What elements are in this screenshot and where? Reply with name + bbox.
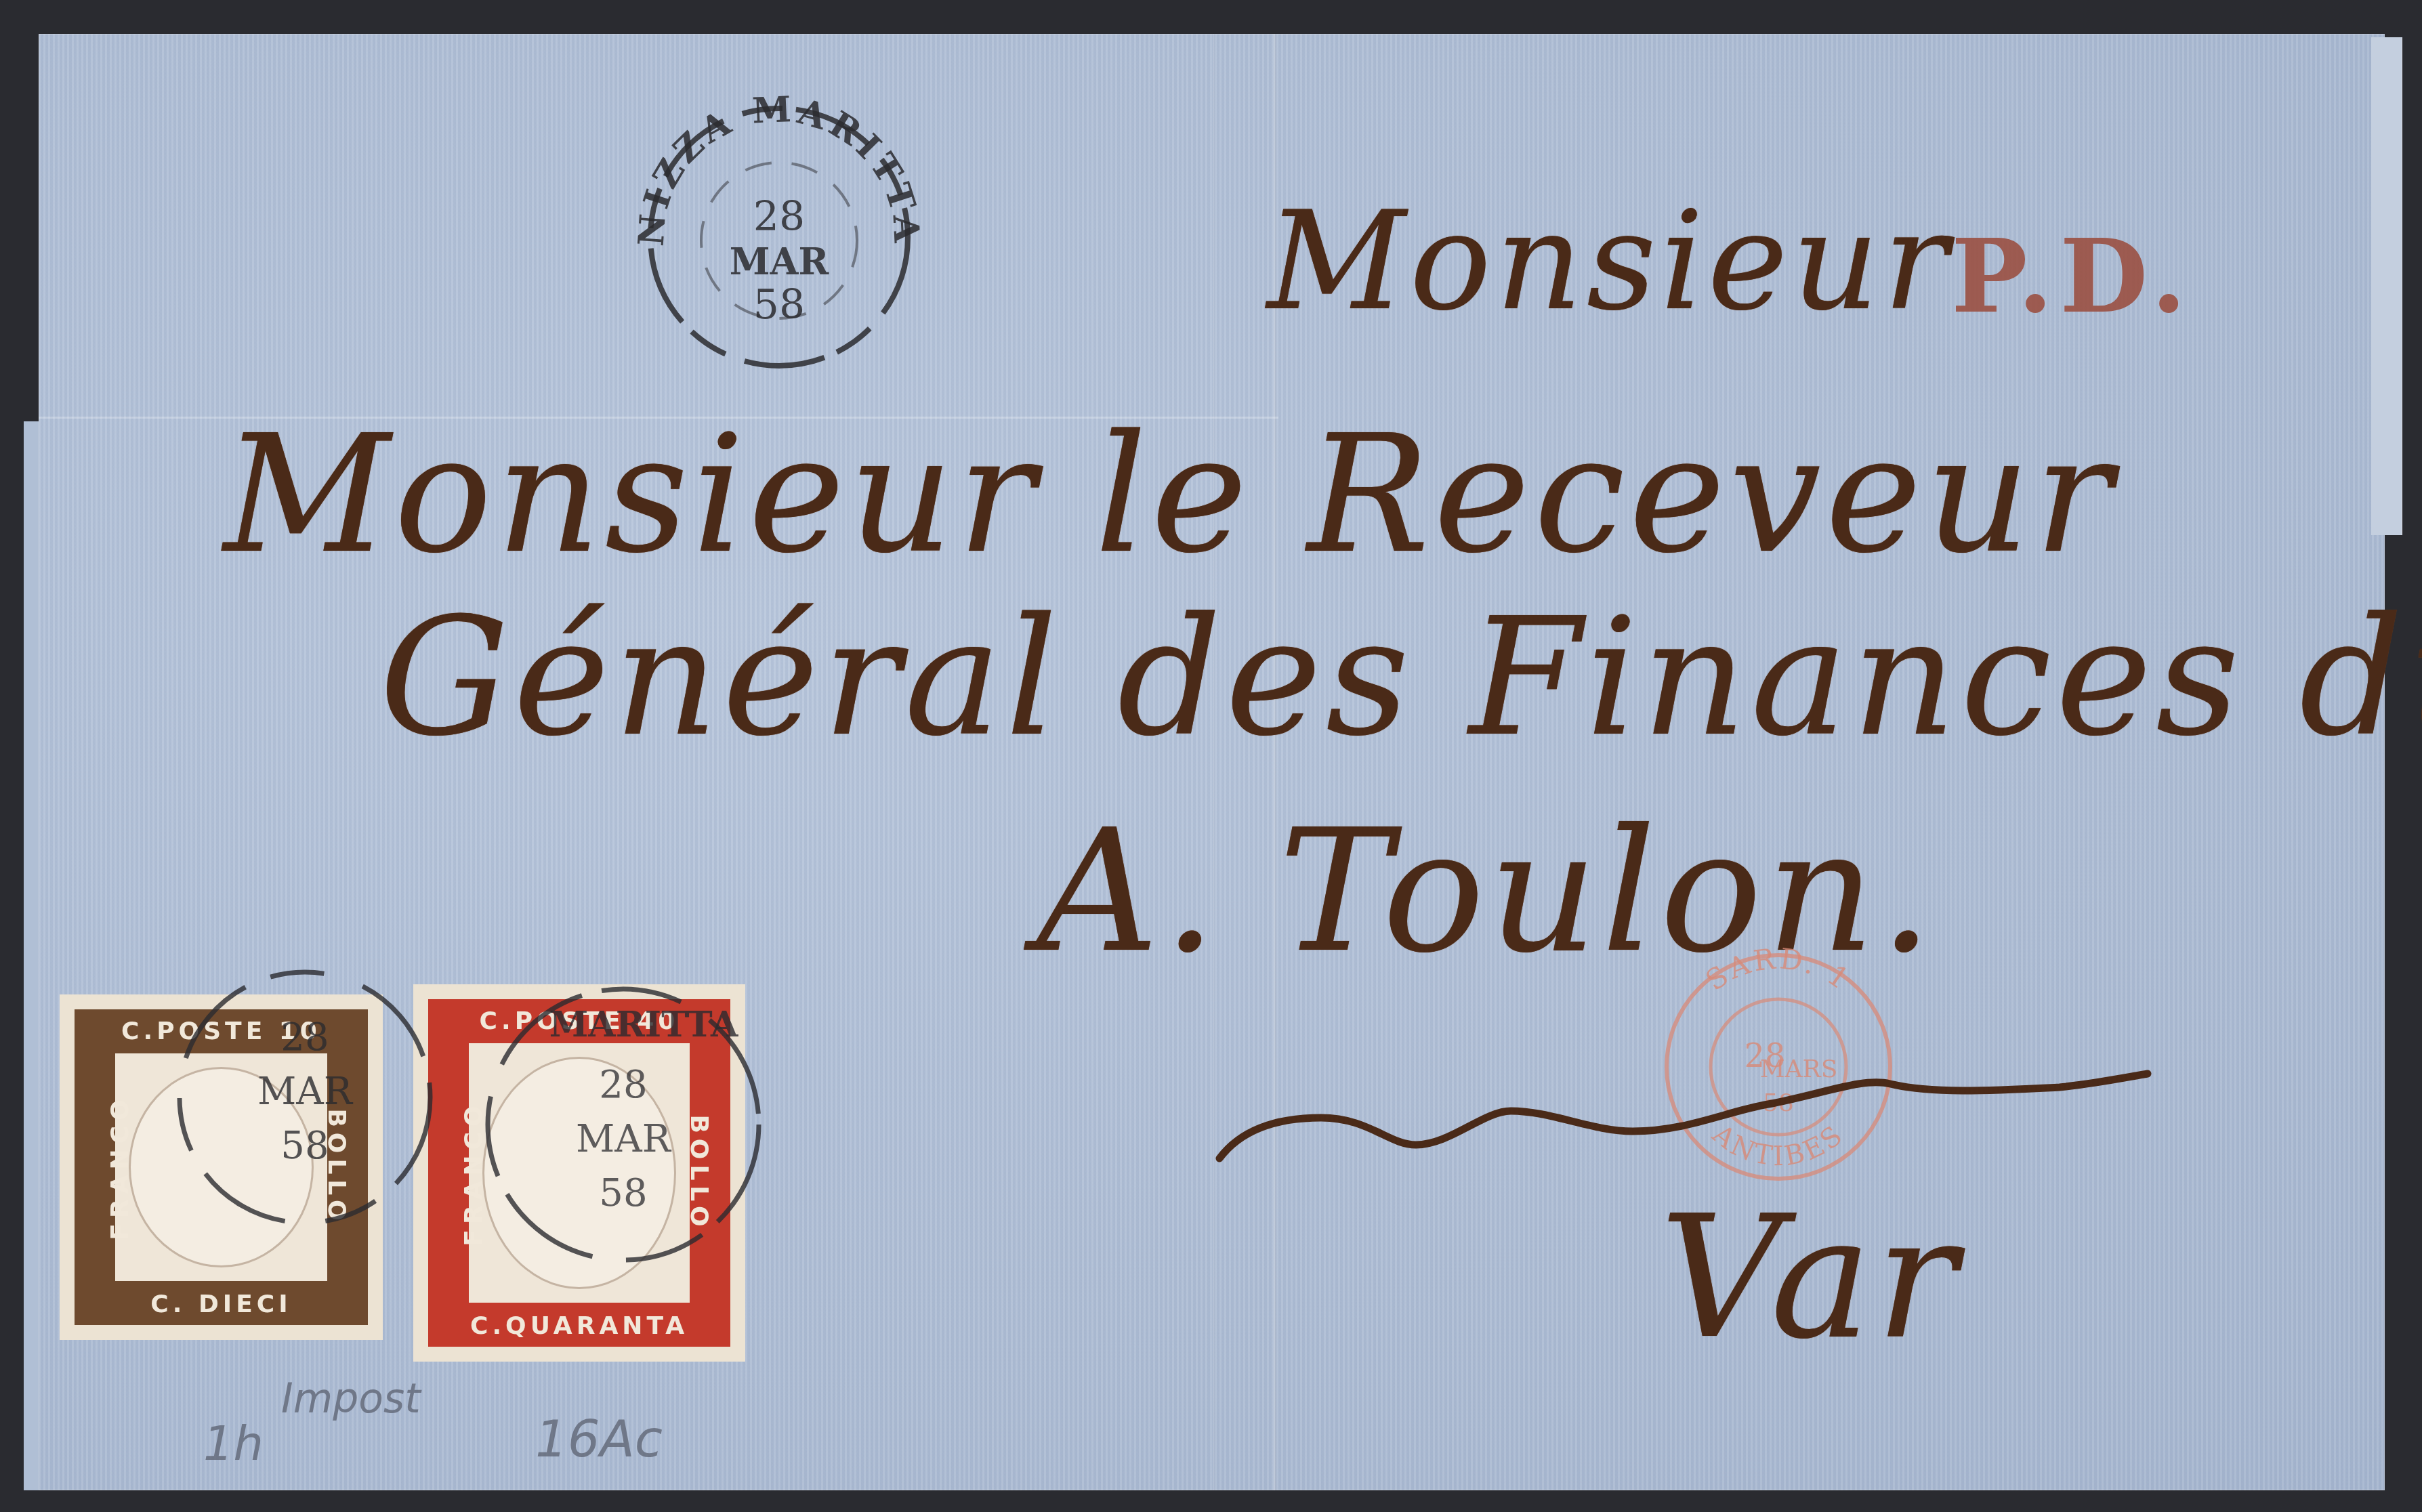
svg-text:MARITTA: MARITTA xyxy=(549,1004,738,1045)
stamp-cancel-left: 28 MAR 58 xyxy=(169,948,440,1246)
address-line-3: Général des Finances du Var xyxy=(379,583,2422,772)
svg-text:MAR: MAR xyxy=(730,240,830,283)
svg-text:28: 28 xyxy=(599,1063,647,1107)
paper-flap xyxy=(2371,37,2402,535)
svg-text:SARD. 1: SARD. 1 xyxy=(1700,942,1858,997)
svg-text:MAR: MAR xyxy=(257,1070,354,1114)
pd-handstamp: P.D. xyxy=(1951,217,2193,336)
svg-text:58: 58 xyxy=(753,281,805,329)
stamp-cancel-right: MARITTA 28 MAR 58 xyxy=(467,969,779,1280)
flourish-underline xyxy=(1213,1057,2161,1175)
address-line-5: Var xyxy=(1660,1179,1961,1376)
svg-text:28: 28 xyxy=(753,193,805,240)
address-line-2: Monsieur le Receveur xyxy=(224,400,2116,589)
svg-text:58: 58 xyxy=(599,1171,647,1215)
svg-text:58: 58 xyxy=(280,1124,329,1168)
svg-text:28: 28 xyxy=(280,1015,329,1059)
pencil-note: Impost xyxy=(281,1375,421,1423)
address-line-1: Monsieur xyxy=(1267,183,1952,341)
pencil-note: 1h xyxy=(203,1416,264,1471)
svg-text:MAR: MAR xyxy=(576,1117,672,1161)
postmark-nizza-marittima: NIZZA MARITTA 28 MAR 58 xyxy=(637,95,921,379)
pencil-note: 16Ac xyxy=(535,1409,663,1469)
